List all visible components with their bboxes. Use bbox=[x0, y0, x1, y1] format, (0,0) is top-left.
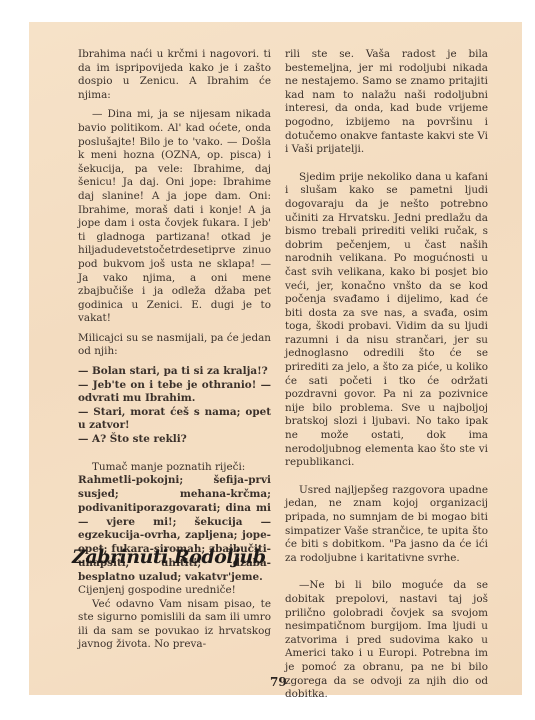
paragraph: —Ne bi li bilo moguće da se dobitak prep… bbox=[285, 579, 488, 701]
dialogue-line: — Jeb'te on i tebe je othranio! — odvrat… bbox=[78, 379, 271, 406]
article-opening: Cijenjenj gospodine uredniče! Već odavno… bbox=[78, 584, 271, 652]
page-number: 79 bbox=[270, 675, 287, 689]
dialogue-line: — Bolan stari, pa ti si za kralja!? bbox=[78, 365, 271, 379]
glossary-title: Tumač manje poznatih riječi: bbox=[78, 461, 271, 475]
dialogue-line: — Stari, morat ćeš s nama; opet u zatvor… bbox=[78, 406, 271, 433]
salutation: Cijenjenj gospodine uredniče! bbox=[78, 584, 271, 598]
glossary-body: Rahmetli-pokojni; šefija-prvi susjed; me… bbox=[78, 474, 271, 584]
paragraph: Već odavno Vam nisam pisao, te ste sigur… bbox=[78, 598, 271, 652]
magazine-page: Ibrahima naći u krčmi i nagovori. ti da … bbox=[29, 22, 522, 695]
paragraph: Usred najljepšeg razgovora upadne jedan,… bbox=[285, 484, 488, 566]
dialogue-line: — A? Što ste rekli? bbox=[78, 433, 271, 447]
paragraph: — Dina mi, ja se nijesam nikada bavio po… bbox=[78, 108, 271, 326]
paragraph: Milicajci su se nasmijali, pa će jedan o… bbox=[78, 332, 271, 359]
article-title: Zabrinuti Rodoljub bbox=[72, 546, 272, 568]
right-column: rili ste se. Vaša radost je bila besteme… bbox=[285, 48, 488, 702]
paragraph: Sjedim prije nekoliko dana u kafani i sl… bbox=[285, 171, 488, 470]
left-column: Ibrahima naći u krčmi i nagovori. ti da … bbox=[78, 48, 271, 585]
paragraph: rili ste se. Vaša radost je bila besteme… bbox=[285, 48, 488, 157]
paragraph: Ibrahima naći u krčmi i nagovori. ti da … bbox=[78, 48, 271, 102]
